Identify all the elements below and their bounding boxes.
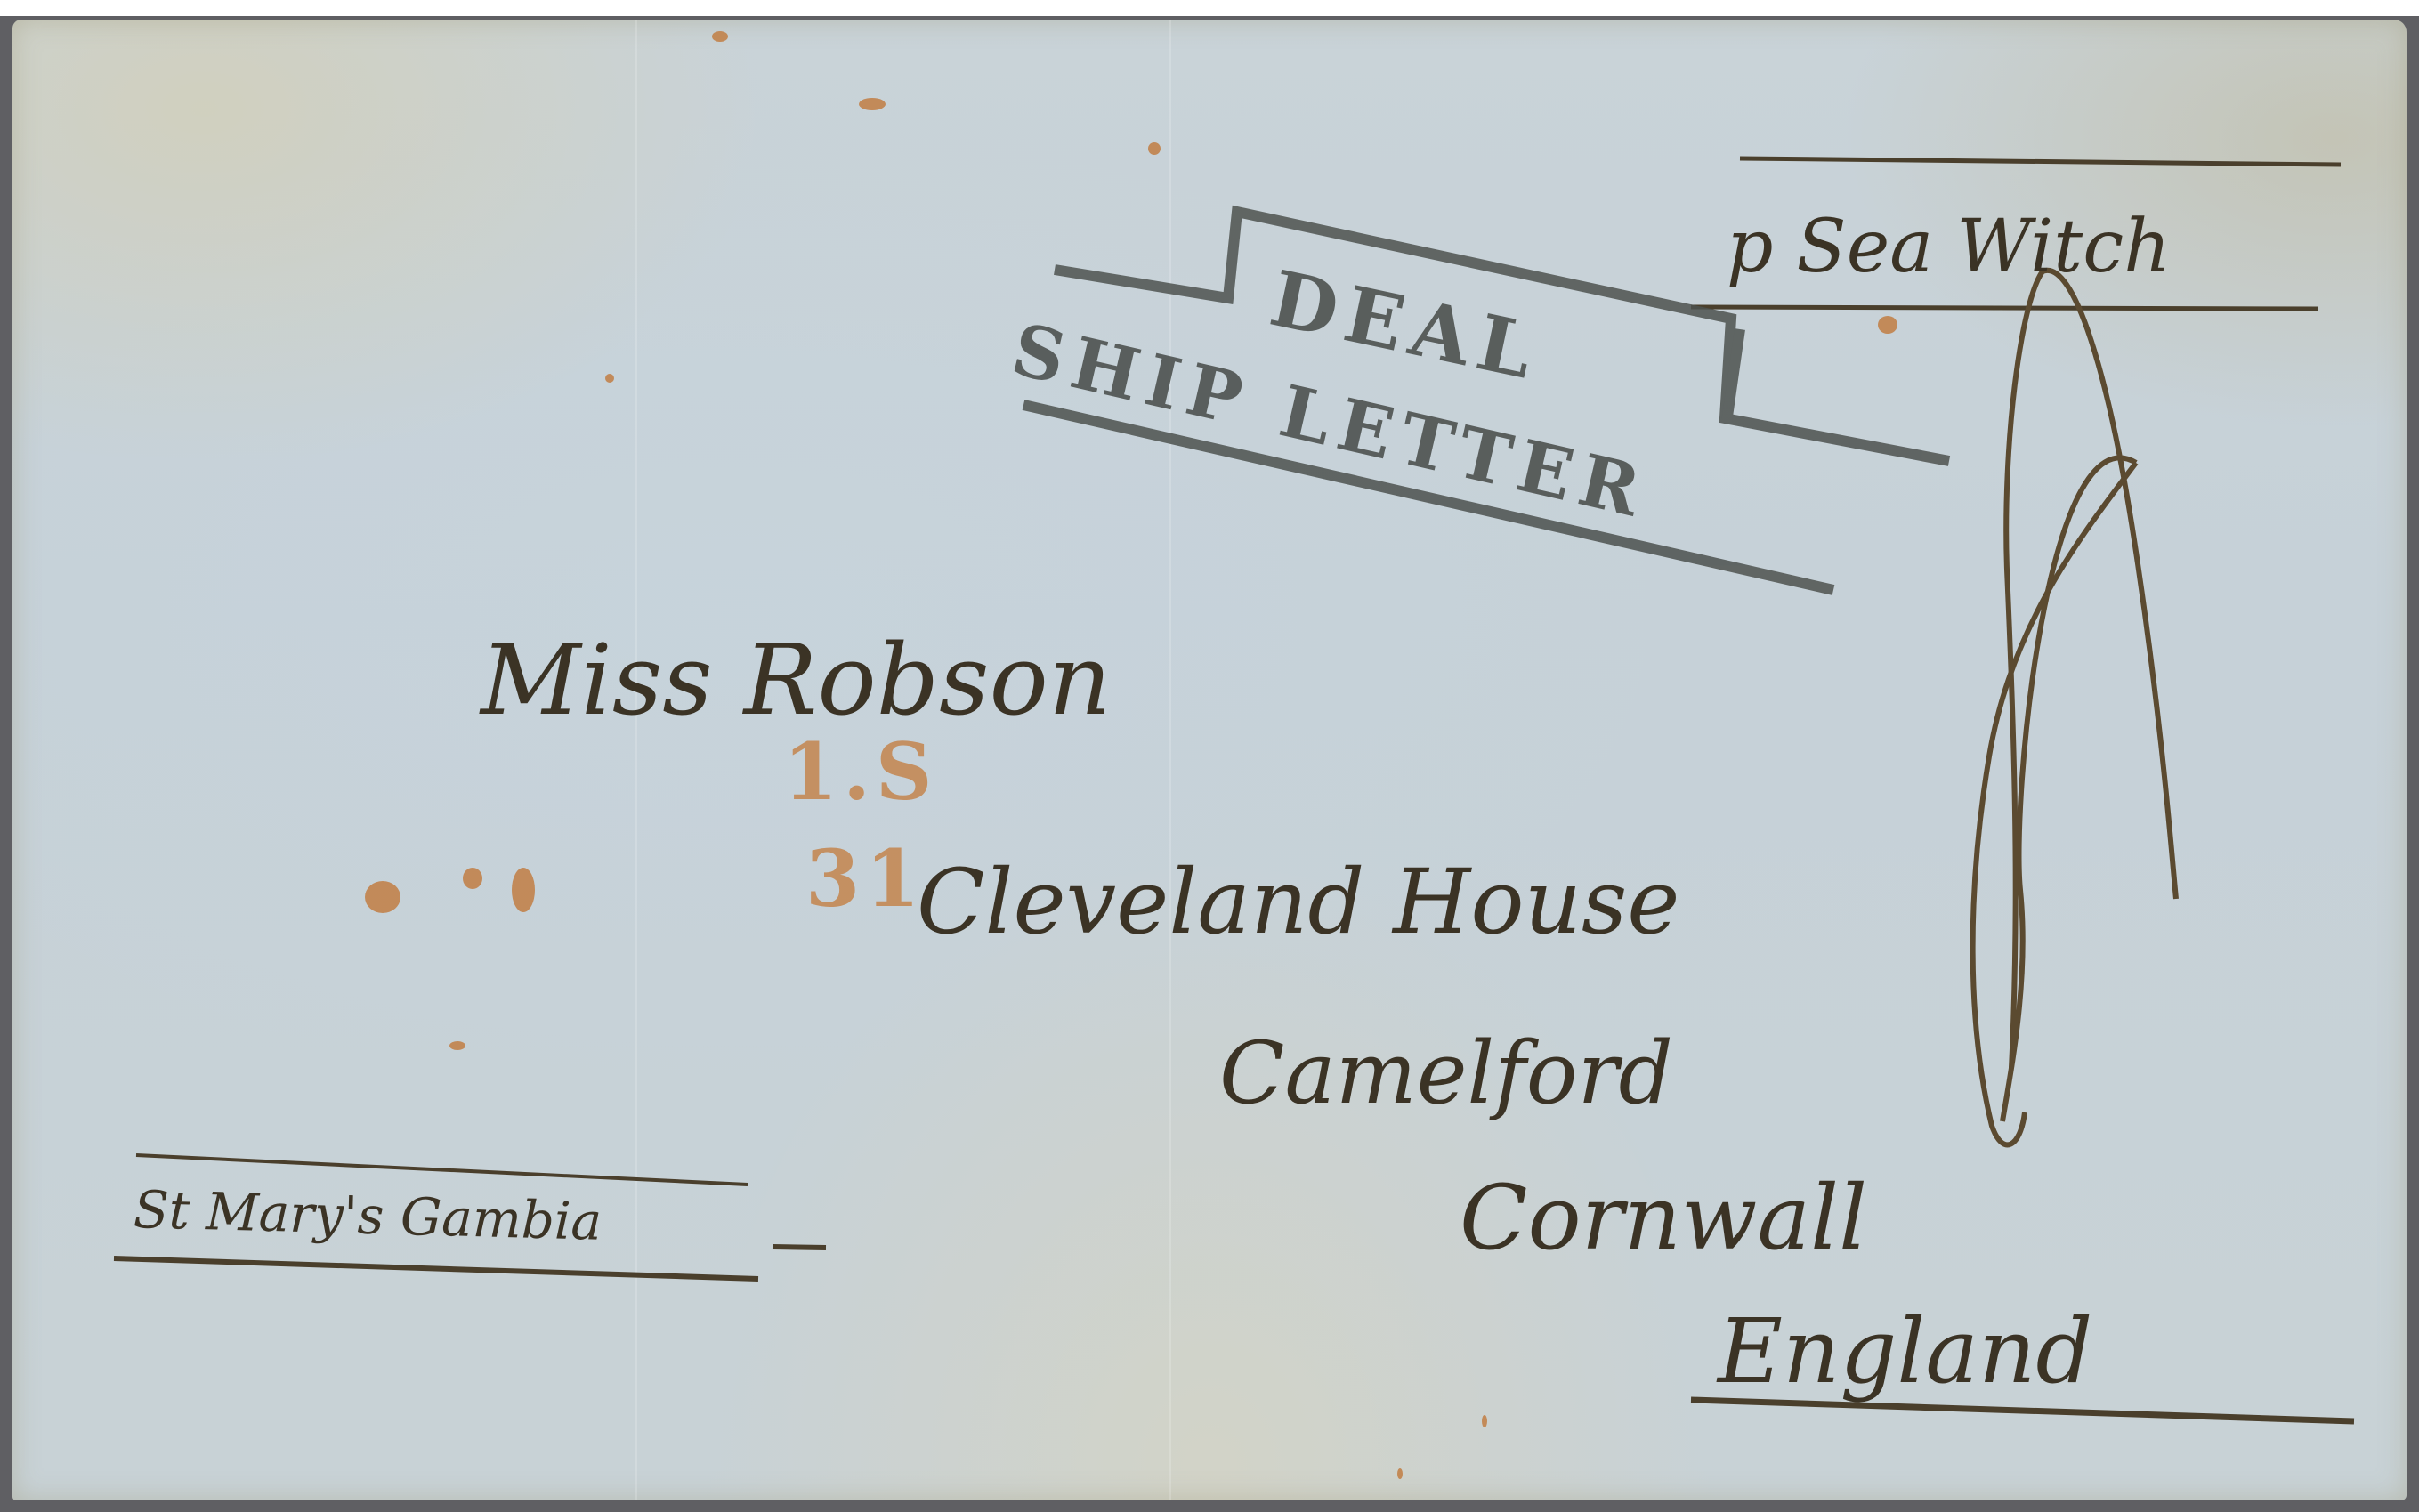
foxing-speck xyxy=(605,374,614,383)
foxing-speck xyxy=(712,31,728,42)
foxing-speck xyxy=(449,1041,465,1050)
foxing-speck xyxy=(1482,1415,1487,1427)
foxing-speck xyxy=(463,868,482,889)
foxing-speck xyxy=(512,868,535,912)
address-line-country: England xyxy=(1718,1299,2092,1403)
endorsement-rule-top xyxy=(1740,158,2341,165)
rate-numeral-8 xyxy=(1973,271,2176,1145)
address-line-county: Cornwall xyxy=(1460,1166,1867,1270)
foxing-speck xyxy=(365,881,400,913)
endorsement-rule-bottom xyxy=(1691,307,2318,309)
foxing-speck xyxy=(1397,1468,1403,1479)
foxing-speck xyxy=(1878,316,1897,334)
origin-dash xyxy=(773,1247,826,1248)
red-mark-line1: 1.S xyxy=(783,725,937,818)
address-line-house: Cleveland House xyxy=(917,850,1679,954)
address-line-town: Camelford xyxy=(1219,1023,1673,1123)
address-line-name: Miss Robson xyxy=(481,623,1112,737)
red-mark-line2: 31 xyxy=(805,832,925,925)
origin-rule-top xyxy=(136,1155,748,1185)
foxing-speck xyxy=(1148,142,1161,155)
origin-rule-bottom xyxy=(114,1258,758,1279)
origin-endorsement: St Mary's Gambia xyxy=(133,1179,603,1252)
foxing-speck xyxy=(859,98,886,110)
routing-endorsement: p Sea Witch xyxy=(1727,205,2171,289)
